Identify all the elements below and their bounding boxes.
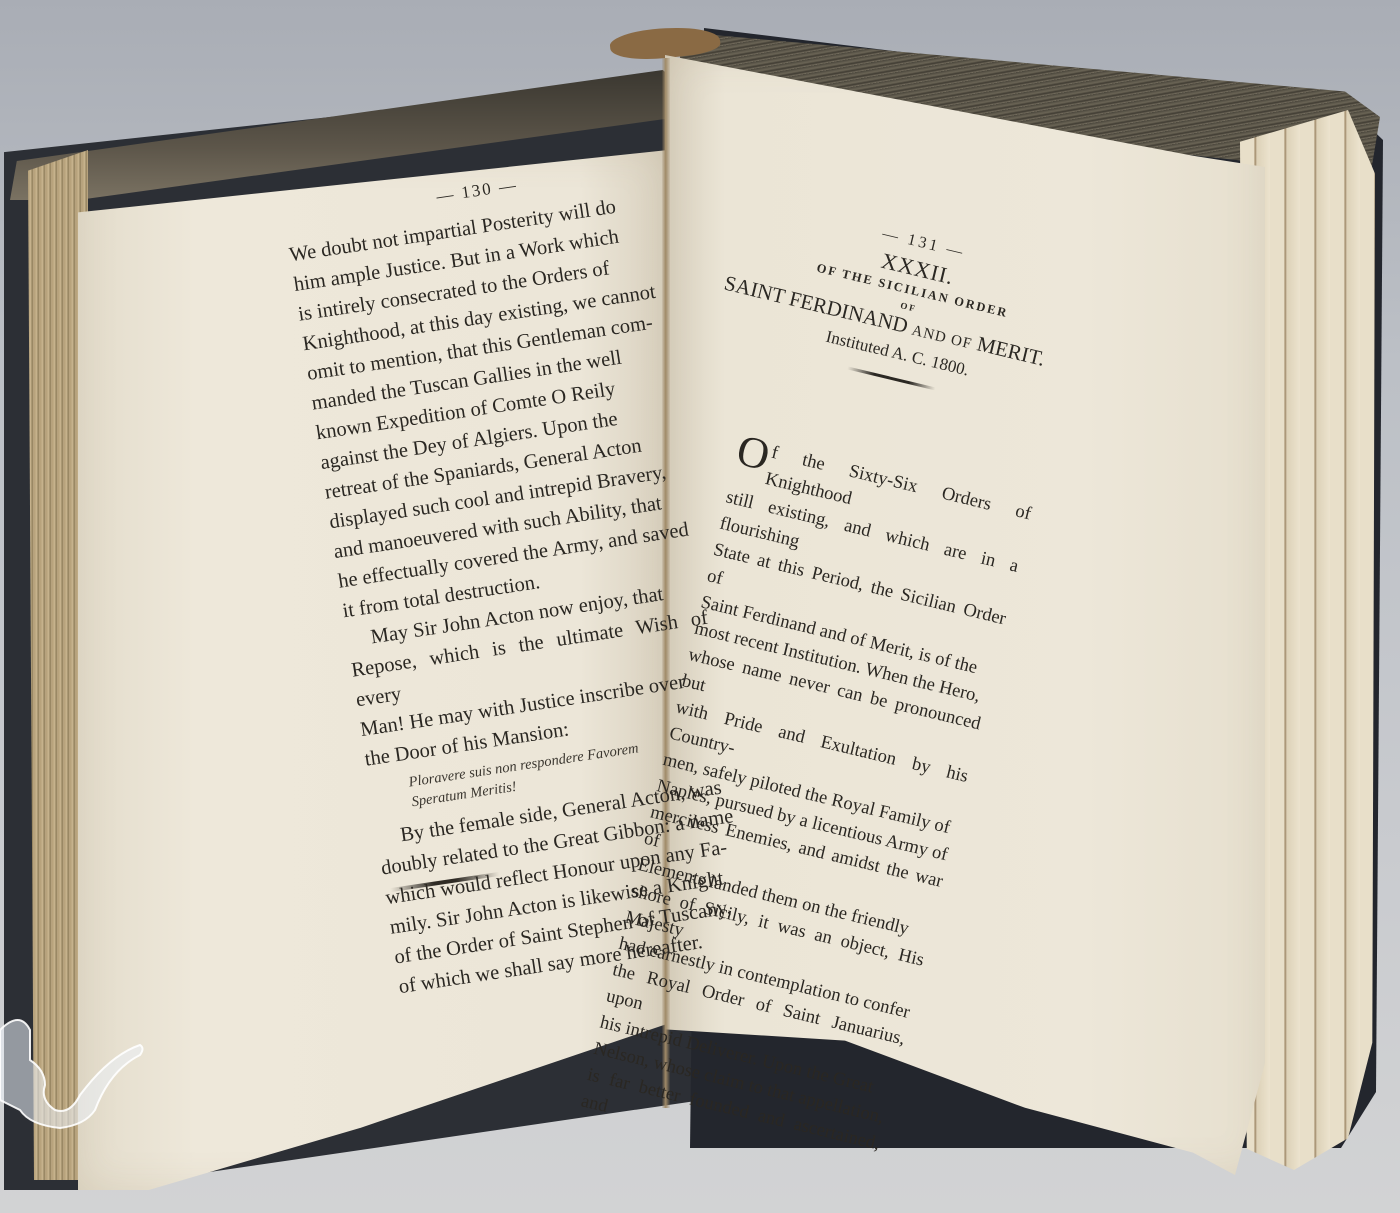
paragraph-1: We doubt not impartial Posterity will do…	[287, 187, 701, 626]
page-clip-icon	[0, 1000, 145, 1130]
book-photo: — 130 — We doubt not impartial Posterity…	[0, 0, 1400, 1213]
